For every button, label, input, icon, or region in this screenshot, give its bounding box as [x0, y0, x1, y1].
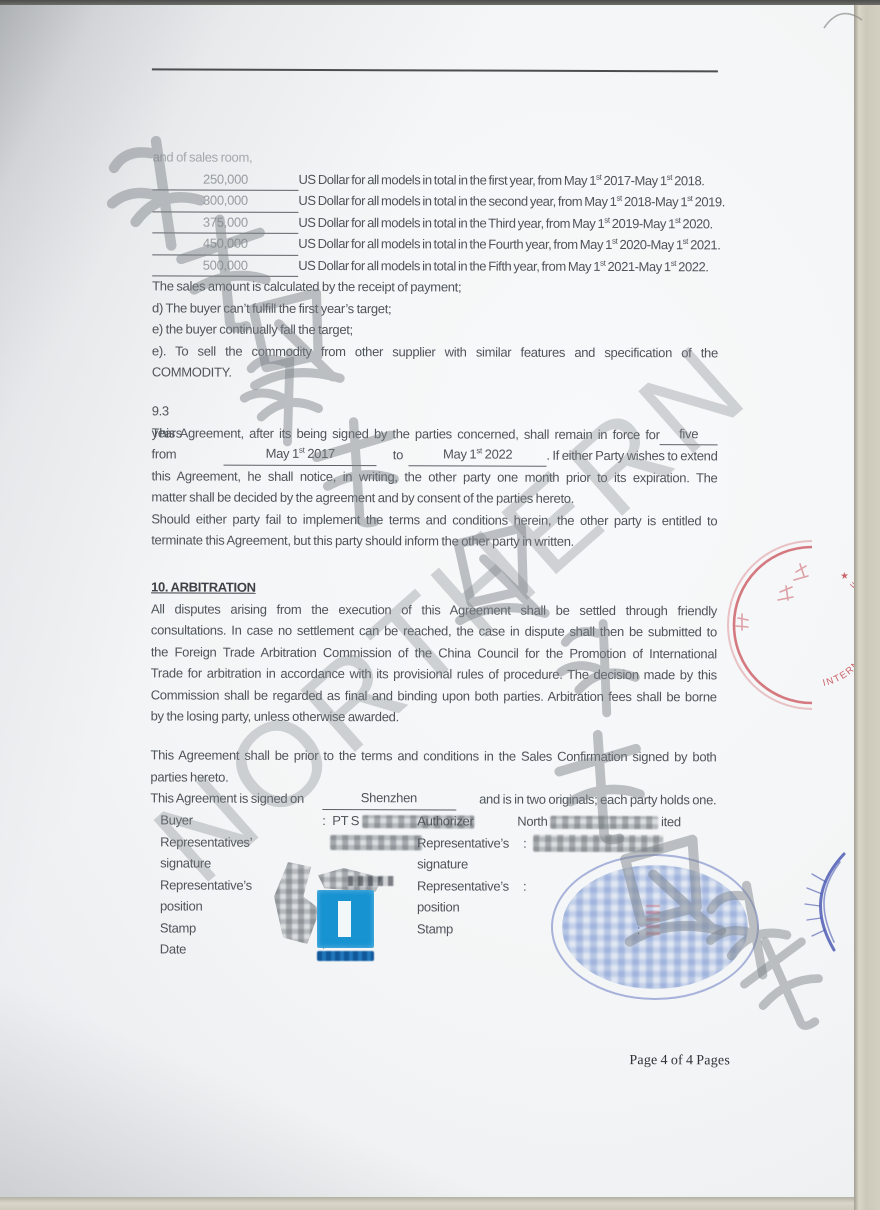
- s93-line6: terminate this Agreement, but this party…: [151, 529, 717, 552]
- colon: :: [322, 810, 325, 832]
- amount-blank: 375,000: [152, 211, 298, 234]
- arbitration-heading: 10. ARBITRATION: [151, 576, 717, 599]
- s93-line2-pre: years from: [152, 422, 202, 465]
- clause-d: d) The buyer can’t fulfill the first yea…: [152, 297, 718, 320]
- colon: :: [523, 832, 526, 854]
- top-horizontal-rule: [152, 68, 718, 72]
- clause-e2-line1: e). To sell the commodity from other sup…: [152, 340, 718, 363]
- authorizer-row: Authorizer North ited: [417, 810, 717, 833]
- arbitration-line: Commission shall be regarded as final an…: [151, 684, 717, 707]
- sales-target-text: US Dollar for all models in total in the…: [298, 214, 712, 230]
- amount-blank: 450,000: [152, 232, 298, 255]
- representative-row: Representative’s: [160, 874, 440, 896]
- representative-row: Representative’s :: [417, 832, 717, 855]
- authorizer-value: North ited: [517, 811, 681, 833]
- sales-target-text: US Dollar for all models in total in the…: [298, 236, 720, 252]
- representatives-row: Representatives’: [160, 831, 440, 853]
- position-row: position: [417, 896, 717, 919]
- scanned-contract-page: and of sales room, 250,000US Dollar for …: [0, 0, 880, 1210]
- s93-line4: matter shall be decided by the agreement…: [151, 486, 717, 509]
- authorizer-name-redacted: [550, 816, 658, 829]
- blank-five: five: [660, 423, 718, 446]
- blank-date-to: May 1st 2022: [409, 443, 546, 466]
- amount-blank: 500,000: [152, 254, 298, 277]
- buyer-value-prefix: PT S: [332, 813, 359, 828]
- s93-line2-to: to: [393, 444, 403, 466]
- page-corner-fold: [822, 2, 864, 32]
- s93-line2: years from May 1st 2017 to May 1st 2022 …: [152, 443, 718, 466]
- buyer-row: Buyer : PT S: [160, 809, 440, 831]
- signature-label: signature: [417, 853, 468, 875]
- clause-e2-line2: COMMODITY.: [152, 361, 718, 384]
- document-content: and of sales room, 250,000US Dollar for …: [0, 0, 880, 1210]
- representative-label: Representative’s: [160, 874, 252, 896]
- arbitration-line: consultations. In case no settlement can…: [151, 619, 717, 642]
- scanner-bed-bottom: [0, 1197, 880, 1210]
- section-9-3-heading: 9.3: [152, 400, 718, 423]
- representative-label: Representative’s: [417, 875, 509, 897]
- signed-post: and is in two originals; each party hold…: [456, 788, 717, 810]
- date-row: Date :: [160, 938, 440, 960]
- closing-block: This Agreement shall be prior to the ter…: [150, 744, 716, 810]
- signature-column-authorizer: Authorizer North ited Representative’s :…: [417, 810, 717, 940]
- blank-place: Shenzhen: [322, 787, 456, 810]
- s93-line3: this Agreement, he shall notice, in writ…: [151, 465, 717, 488]
- intro-line: and of sales room,: [153, 146, 719, 169]
- s93-line5: Should either party fail to implement th…: [151, 508, 717, 531]
- representative-row: Representative’s :: [417, 875, 717, 898]
- arbitration-line: by the losing party, unless otherwise aw…: [151, 705, 717, 728]
- position-row: position: [160, 895, 440, 917]
- stamp-label: Stamp: [417, 918, 453, 940]
- representative-name-redacted: [330, 835, 422, 850]
- page-number: Page 4 of 4 Pages: [629, 1053, 730, 1069]
- representative-label: Representative’s: [417, 832, 509, 854]
- closing-line1: This Agreement shall be prior to the ter…: [150, 744, 716, 767]
- authorizer-value-prefix: North: [517, 814, 547, 829]
- sales-target-row: 450,000US Dollar for all models in total…: [152, 232, 718, 255]
- colon: :: [322, 917, 325, 939]
- section-9-3: 9.3 This Agreement, after its being sign…: [151, 400, 718, 552]
- clause-e1: e) the buyer continually fall the target…: [152, 318, 718, 341]
- position-label: position: [160, 895, 202, 917]
- section-10-arbitration: 10. ARBITRATION All disputes arising fro…: [151, 576, 718, 728]
- scanner-bed-top: [0, 0, 880, 5]
- colon: :: [523, 875, 526, 897]
- signature-label: signature: [160, 852, 211, 874]
- signed-pre: This Agreement is signed on: [150, 787, 304, 809]
- sales-targets-block: and of sales room, 250,000US Dollar for …: [152, 146, 719, 384]
- colon: :: [637, 919, 640, 941]
- signature-column-buyer: Buyer : PT S Representatives’ signature …: [160, 809, 441, 960]
- authorizer-value-suffix: ited: [661, 814, 681, 829]
- stamp-row: Stamp :: [160, 917, 440, 939]
- authorizer-label: Authorizer: [417, 810, 473, 832]
- colon: :: [322, 939, 325, 961]
- signature-row: signature: [417, 853, 717, 876]
- arbitration-line: All disputes arising from the execution …: [151, 598, 717, 621]
- sales-target-row: 375,000US Dollar for all models in total…: [152, 211, 718, 234]
- sales-target-text: US Dollar for all models in total in the…: [298, 193, 725, 209]
- s93-line2-post: . If either Party wishes to extend: [546, 445, 717, 467]
- sales-target-text: US Dollar for all models in total in the…: [298, 171, 704, 187]
- representatives-label: Representatives’: [160, 831, 252, 853]
- representative-name-redacted: [533, 834, 663, 851]
- buyer-label: Buyer: [160, 809, 193, 831]
- arbitration-line: the Foreign Trade Arbitration Commission…: [151, 641, 717, 664]
- stamp-row: Stamp :: [417, 918, 717, 941]
- arbitration-line: Trade for arbitration in accordance with…: [151, 662, 717, 685]
- sales-target-text: US Dollar for all models in total in the…: [298, 257, 708, 273]
- amount-blank: 300,000: [152, 189, 298, 212]
- date-label: Date: [160, 938, 186, 960]
- position-label: position: [417, 896, 459, 918]
- sales-target-row: 500,000US Dollar for all models in total…: [152, 254, 718, 277]
- signature-row: signature: [160, 852, 440, 874]
- sales-target-row: 250,000US Dollar for all models in total…: [152, 168, 718, 191]
- blank-date-from: May 1st 2017: [224, 443, 377, 466]
- sales-target-row: 300,000US Dollar for all models in total…: [152, 189, 718, 212]
- signed-on-line: This Agreement is signed on Shenzhen and…: [150, 787, 716, 810]
- stamp-label: Stamp: [160, 917, 196, 939]
- amount-blank: 250,000: [152, 168, 298, 191]
- scanner-bed-right: [854, 0, 880, 1210]
- sales-note: The sales amount is calculated by the re…: [152, 275, 718, 298]
- closing-line2: parties hereto.: [150, 766, 716, 789]
